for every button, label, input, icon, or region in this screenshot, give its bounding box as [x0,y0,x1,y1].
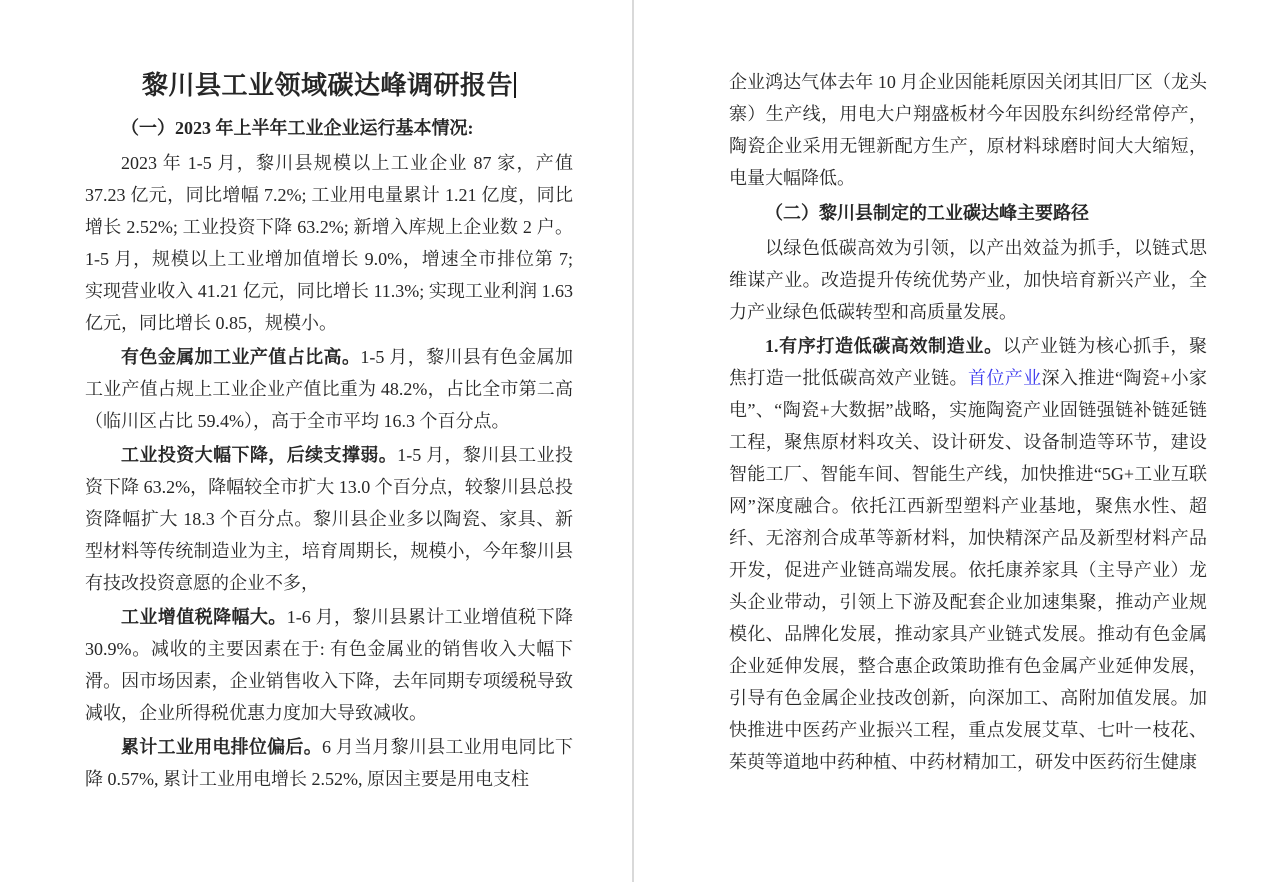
page-divider [632,0,634,882]
paragraph-power-continuation[interactable]: 企业鸿达气体去年 10 月企业因能耗原因关闭其旧厂区（龙头寨）生产线，用电大户翔… [729,66,1207,194]
section-heading-2[interactable]: （二）黎川县制定的工业碳达峰主要路径 [729,196,1207,230]
shouwei-chanye-link[interactable]: 首位产业 [968,368,1042,388]
paragraph-power-continuation-text: 企业鸿达气体去年 10 月企业因能耗原因关闭其旧厂区（龙头寨）生产线，用电大户翔… [729,72,1207,188]
document-title[interactable]: 黎川县工业领域碳达峰调研报告 [85,63,573,109]
paragraph-path-intro-text: 以绿色低碳高效为引领，以产出效益为抓手，以链式思维谋产业。改造提升传统优势产业，… [729,238,1207,322]
paragraph-manufacturing-lead: 1.有序打造低碳高效制造业。 [765,336,1003,356]
paragraph-nonferrous-share[interactable]: 有色金属加工业产值占比高。1-5 月，黎川县有色金属加工业产值占规上工业企业产值… [85,341,573,437]
paragraph-manufacturing[interactable]: 1.有序打造低碳高效制造业。以产业链为核心抓手，聚焦打造一批低碳高效产业链。首位… [729,330,1207,778]
section-heading-2-text: （二）黎川县制定的工业碳达峰主要路径 [765,203,1089,223]
section-heading-1[interactable]: （一）2023 年上半年工业企业运行基本情况: [85,111,573,145]
paragraph-investment-body: 1-5 月，黎川县工业投资下降 63.2%，降幅较全市扩大 13.0 个百分点，… [85,445,573,593]
paragraph-nonferrous-lead: 有色金属加工业产值占比高。 [121,347,360,367]
paragraph-power-lead: 累计工业用电排位偏后。 [121,737,322,757]
document-title-text: 黎川县工业领域碳达峰调研报告 [142,71,513,100]
paragraph-vat-decline[interactable]: 工业增值税降幅大。1-6 月，黎川县累计工业增值税下降 30.9%。减收的主要因… [85,601,573,729]
paragraph-investment-lead: 工业投资大幅下降，后续支撑弱。 [121,445,397,465]
paragraph-power-ranking[interactable]: 累计工业用电排位偏后。6 月当月黎川县工业用电同比下降 0.57%, 累计工业用… [85,731,573,795]
paragraph-vat-lead: 工业增值税降幅大。 [121,607,287,627]
paragraph-overview-text: 2023 年 1-5 月，黎川县规模以上工业企业 87 家，产值 37.23 亿… [85,153,573,333]
paragraph-manufacturing-text-b: 深入推进“陶瓷+小家电”、“陶瓷+大数据”战略，实施陶瓷产业固链强链补链延链工程… [729,368,1207,772]
text-cursor [514,72,516,98]
paragraph-investment-decline[interactable]: 工业投资大幅下降，后续支撑弱。1-5 月，黎川县工业投资下降 63.2%，降幅较… [85,439,573,599]
paragraph-path-intro[interactable]: 以绿色低碳高效为引领，以产出效益为抓手，以链式思维谋产业。改造提升传统优势产业，… [729,232,1207,328]
section-heading-1-text: （一）2023 年上半年工业企业运行基本情况: [121,118,474,138]
page-2[interactable]: 企业鸿达气体去年 10 月企业因能耗原因关闭其旧厂区（龙头寨）生产线，用电大户翔… [729,66,1207,778]
paragraph-overview[interactable]: 2023 年 1-5 月，黎川县规模以上工业企业 87 家，产值 37.23 亿… [85,147,573,339]
page-1[interactable]: 黎川县工业领域碳达峰调研报告 （一）2023 年上半年工业企业运行基本情况: 2… [85,63,573,795]
